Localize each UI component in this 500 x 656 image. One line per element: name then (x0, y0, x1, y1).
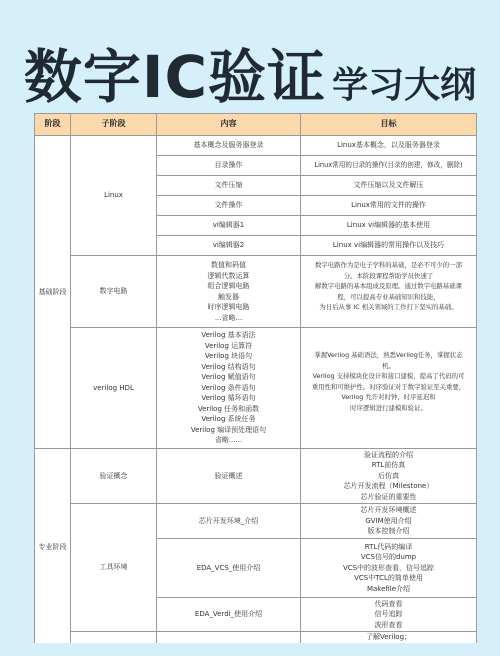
goal-line: 为日后从事 IC 相关领域的工作打下坚实的基础。 (304, 302, 473, 313)
goal-line: 波形查看 (304, 620, 473, 631)
goal-line: 芯片开发环境概述 (304, 505, 473, 516)
verilog-content-cell: Verilog 基本语法 Verilog 运算符 Verilog 块语句 Ver… (157, 328, 301, 449)
goal-line: GVIM使用介绍 (304, 516, 473, 527)
header-goal: 目标 (301, 114, 477, 136)
content-line: ...省略... (160, 313, 297, 324)
goal-line: VCS中的波形查看，信号追踪 (304, 563, 473, 574)
goal-line: 信号追踪 (304, 609, 473, 620)
goal-line: 机。 (304, 361, 473, 372)
syllabus-table: 阶段 子阶段 内容 目标 基础阶段 Linux 基本概念及服务器登录 Linux… (34, 113, 477, 646)
content-line: 触发器 (160, 292, 297, 303)
goal-cell: Linux常用的目录的操作(目录的创建，修改，删除) (301, 156, 477, 176)
content-line: Verilog 任务和函数 (160, 404, 297, 415)
goal-line: 芯片验证的重要性 (304, 492, 473, 503)
goal-cell: Linux vi编辑器的基本使用 (301, 216, 477, 236)
digital-goal-cell: 数字电路作为是电子学科的基础，是必不可少的一部 分。本阶段课程帮助学员快速了 解… (301, 256, 477, 328)
stage-basic: 基础阶段 (35, 136, 71, 449)
goal-line: 代码查看 (304, 599, 473, 610)
content-line: Verilog 条件语句 (160, 383, 297, 394)
content-line: 组合逻辑电路 (160, 281, 297, 292)
goal-line: 掌握Verilog 基础语法，熟悉Verilog任务，掌握状态 (304, 350, 473, 361)
content-line: Verilog 赋值语句 (160, 372, 297, 383)
content-line: 时序逻辑电路 (160, 302, 297, 313)
digital-content-cell: 数值和码值 逻辑代数运算 组合逻辑电路 触发器 时序逻辑电路 ...省略... (157, 256, 301, 328)
content-cell: 验证概述 (157, 449, 301, 504)
content-cell: vi编辑器2 (157, 236, 301, 256)
goal-cell: 代码查看 信号追踪 波形查看 (301, 598, 477, 632)
substage-linux: Linux (71, 136, 157, 256)
title-sub: 学习大纲 (332, 65, 476, 106)
goal-line: 芯片开发流程（Milestone） (304, 481, 473, 492)
table-row: 基础阶段 Linux 基本概念及服务器登录 Linux基本概念，以及服务器登录 (35, 136, 477, 156)
content-cell: 基本概念及服务器登录 (157, 136, 301, 156)
content-line: Verilog 循环语句 (160, 393, 297, 404)
goal-line: 版本控制介绍 (304, 526, 473, 537)
substage-concept: 验证概念 (71, 449, 157, 504)
page-title: 数字IC验证学习大纲 (0, 30, 500, 114)
content-line: 数值和码值 (160, 260, 297, 271)
substage-tools: 工具环境 (71, 504, 157, 632)
goal-line: 时序逻辑进行建模和验证。 (304, 403, 473, 414)
goal-line: 验证流程的介绍 (304, 450, 473, 461)
header-stage: 阶段 (35, 114, 71, 136)
content-line: Verilog 基本语法 (160, 330, 297, 341)
substage-digital: 数字电路 (71, 256, 157, 328)
goal-line: Verilog 允许对时钟、时序延迟和 (304, 392, 473, 403)
table-row: 数字电路 数值和码值 逻辑代数运算 组合逻辑电路 触发器 时序逻辑电路 ...省… (35, 256, 477, 328)
content-cell: 目录操作 (157, 156, 301, 176)
goal-cell: RTL代码的编译 VCS信号的dump VCS中的波形查看，信号追踪 VCS中T… (301, 539, 477, 598)
content-line: Verilog 编译预处理语句 (160, 425, 297, 436)
content-line: Verilog 块语句 (160, 351, 297, 362)
goal-cell: 芯片开发环境概述 GVIM使用介绍 版本控制介绍 (301, 504, 477, 539)
goal-line: Verilog 支持模块化设计和接口建模，提高了代码的可 (304, 371, 473, 382)
substage-verilog: verilog HDL (71, 328, 157, 449)
goal-cell: Linux常用的文件的操作 (301, 196, 477, 216)
goal-line: 分。本阶段课程帮助学员快速了 (304, 271, 473, 282)
content-cell: 芯片开发环境_介绍 (157, 504, 301, 539)
content-cell: 文件压缩 (157, 176, 301, 196)
goal-line: Makefile介绍 (304, 584, 473, 595)
content-cell: EDA_Verdi_使用介绍 (157, 598, 301, 632)
goal-line: 程，可以提高专业基础知识和技能， (304, 292, 473, 303)
content-line: Verilog 系统任务 (160, 414, 297, 425)
goal-line: 数字电路作为是电子学科的基础，是必不可少的一部 (304, 260, 473, 271)
stage-professional: 专业阶段 (35, 449, 71, 646)
goal-cell: 文件压缩以及文件解压 (301, 176, 477, 196)
content-cell: 文件操作 (157, 196, 301, 216)
goal-line: VCS中TCL的简单使用 (304, 573, 473, 584)
page-bottom-margin (0, 643, 500, 656)
table-row: 工具环境 芯片开发环境_介绍 芯片开发环境概述 GVIM使用介绍 版本控制介绍 (35, 504, 477, 539)
goal-line: 后仿真 (304, 471, 473, 482)
header-substage: 子阶段 (71, 114, 157, 136)
content-line: Verilog 结构语句 (160, 362, 297, 373)
content-line: 省略...... (160, 435, 297, 446)
table-header-row: 阶段 子阶段 内容 目标 (35, 114, 477, 136)
table-row: verilog HDL Verilog 基本语法 Verilog 运算符 Ver… (35, 328, 477, 449)
goal-line: VCS信号的dump (304, 552, 473, 563)
title-main: 数字IC验证 (24, 43, 326, 111)
goal-cell: 验证流程的介绍 RTL前仿真 后仿真 芯片开发流程（Milestone） 芯片验… (301, 449, 477, 504)
header-content: 内容 (157, 114, 301, 136)
goal-line: RTL前仿真 (304, 460, 473, 471)
content-line: 逻辑代数运算 (160, 271, 297, 282)
goal-line: 解数字电路的基本组成及原理。通过数字电路基础课 (304, 281, 473, 292)
goal-line: RTL代码的编译 (304, 542, 473, 553)
goal-line: 重用性和可维护性。时序验证对于数字验证至关重要， (304, 382, 473, 393)
table-row: 专业阶段 验证概念 验证概述 验证流程的介绍 RTL前仿真 后仿真 芯片开发流程… (35, 449, 477, 504)
verilog-goal-cell: 掌握Verilog 基础语法，熟悉Verilog任务，掌握状态 机。 Veril… (301, 328, 477, 449)
content-line: Verilog 运算符 (160, 341, 297, 352)
content-cell: vi编辑器1 (157, 216, 301, 236)
goal-cell: Linux vi编辑器的常用操作以及技巧 (301, 236, 477, 256)
goal-cell: Linux基本概念，以及服务器登录 (301, 136, 477, 156)
content-cell: EDA_VCS_使用介绍 (157, 539, 301, 598)
